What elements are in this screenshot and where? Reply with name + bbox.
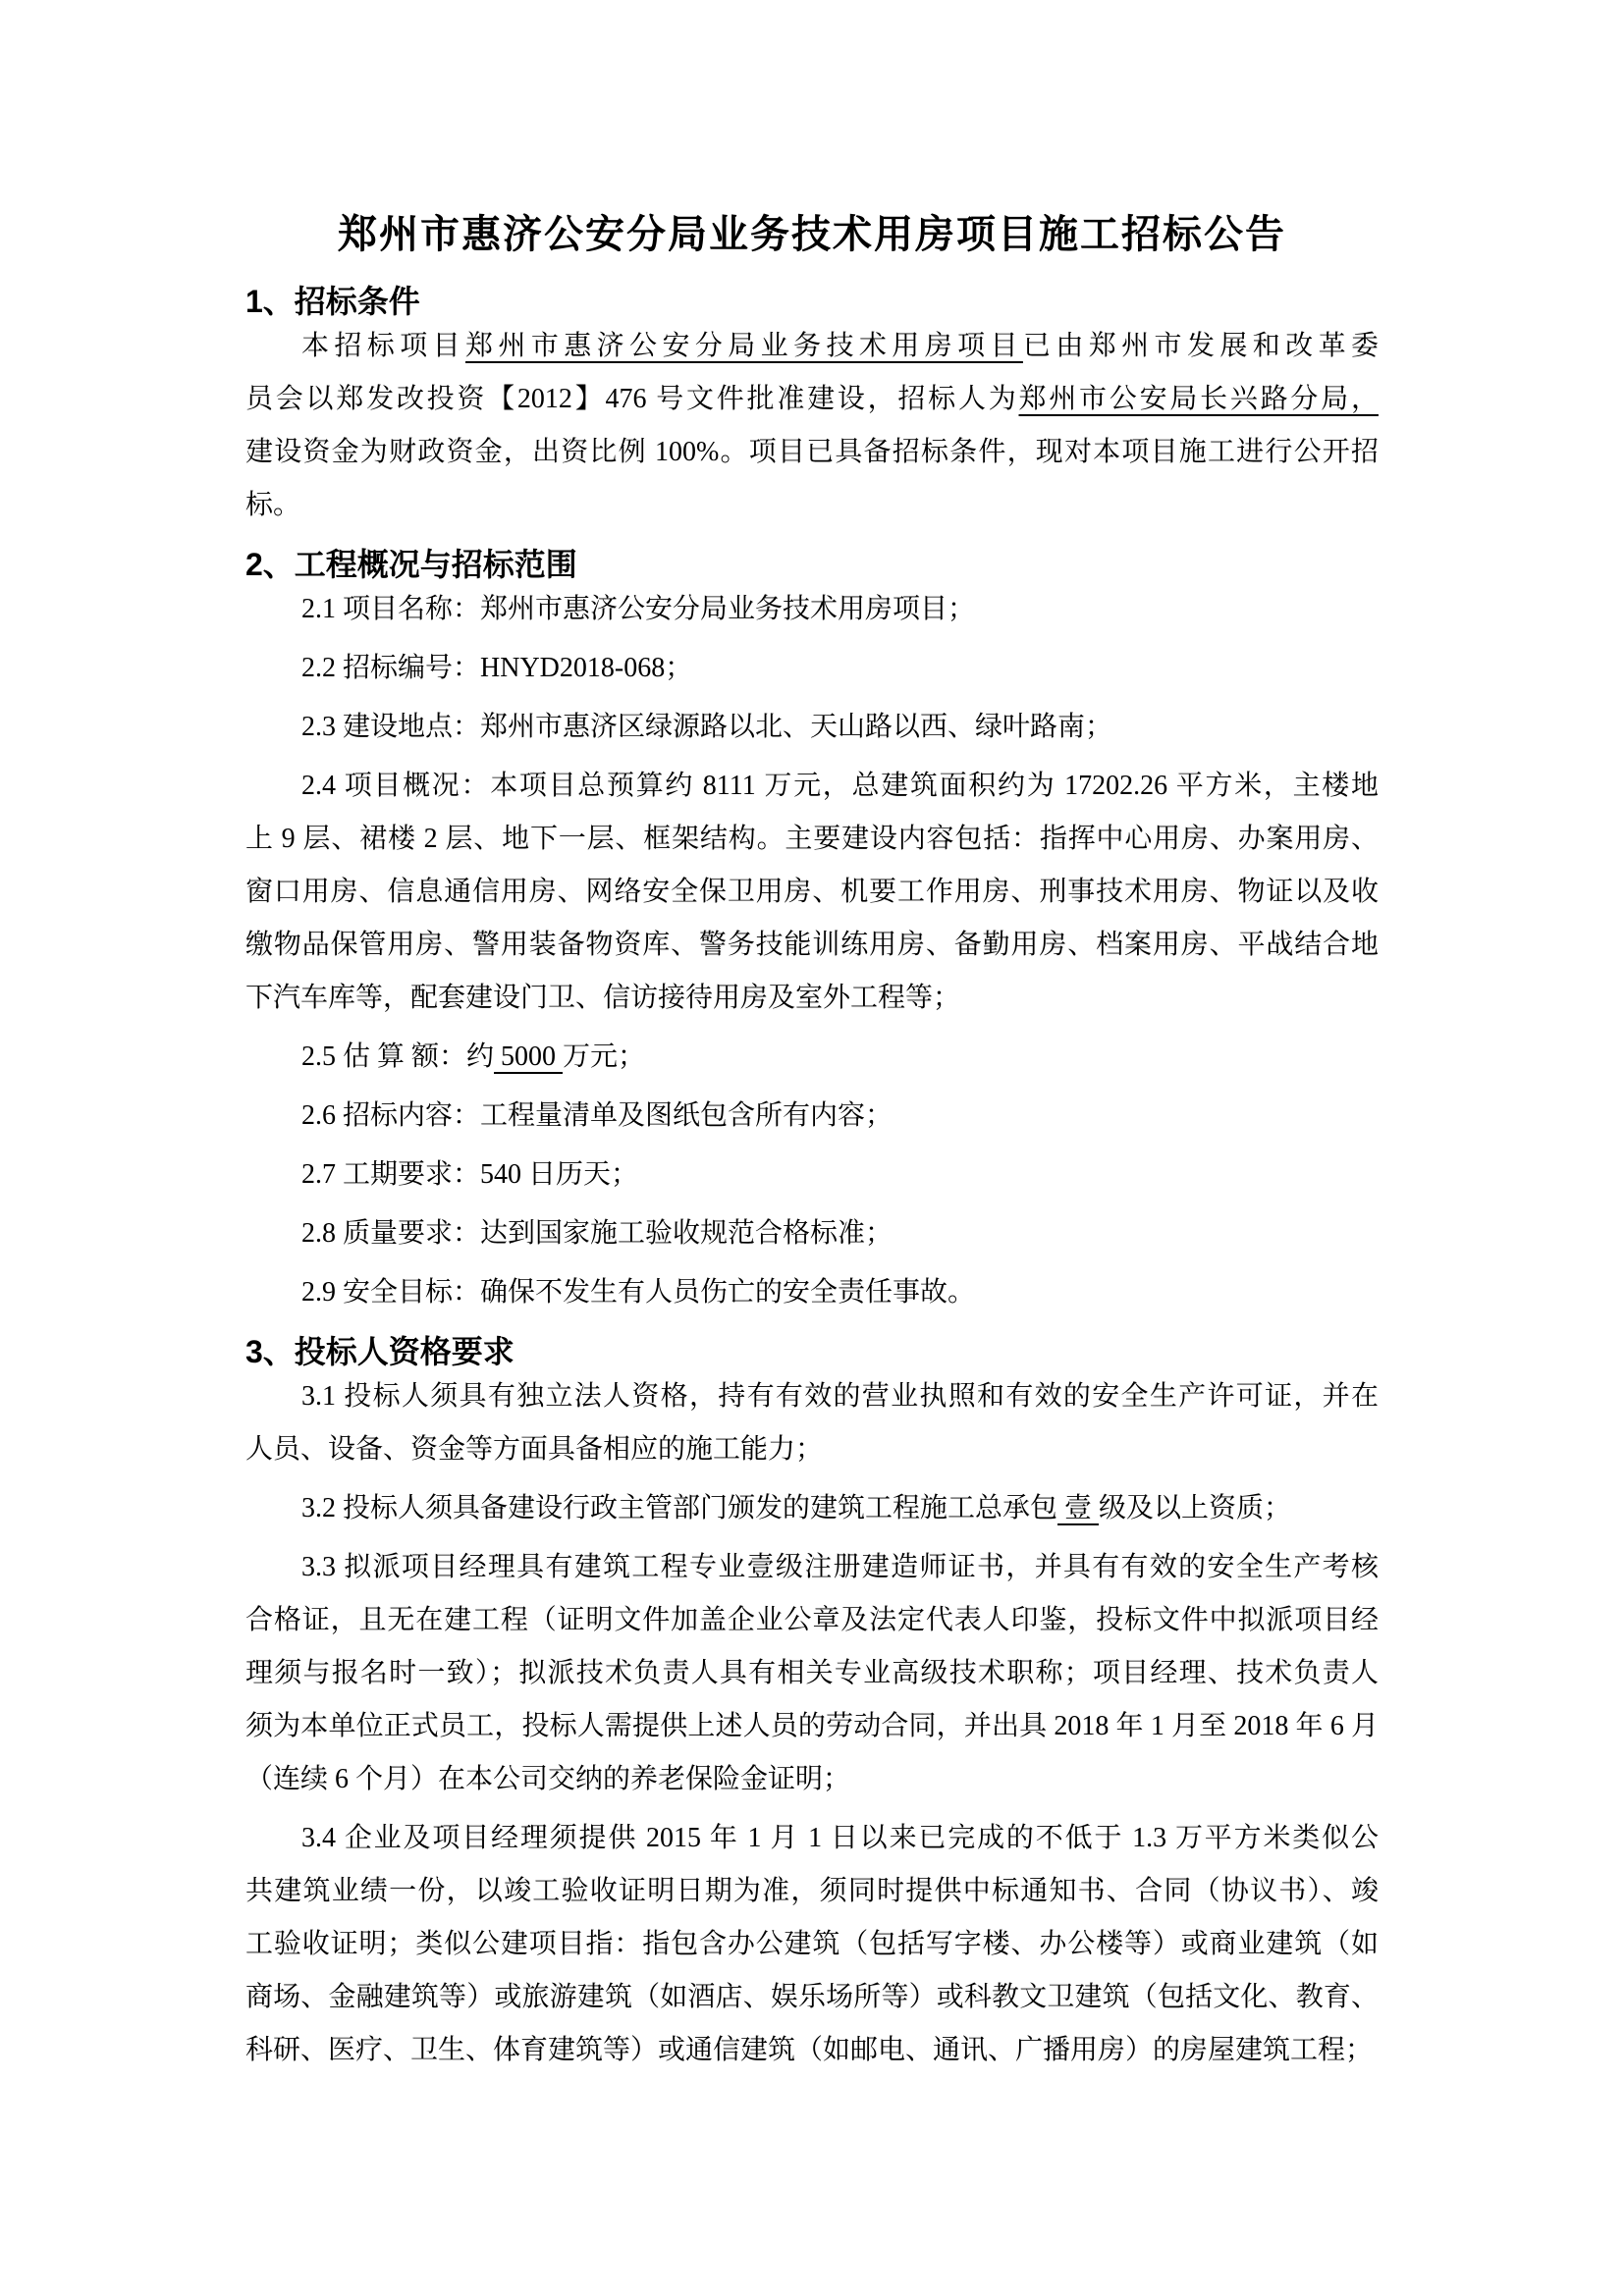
underlined-tenderee-name: 郑州市公安局长兴路分局， [1019,384,1379,414]
bid-item-3-4: 3.4 企业及项目经理须提供 2015 年 1 月 1 日以来已完成的不低于 1… [245,1812,1379,2077]
underlined-qualification-grade: 壹 [1057,1493,1099,1523]
paragraph-line: 缴物品保管用房、警用装备物资库、警务技能训练用房、备勤用房、档案用房、平战结合地 [245,919,1379,972]
paragraph-line: 建设资金为财政资金，出资比例 100%。项目已具备招标条件，现对本项目施工进行公… [245,426,1379,479]
section-1-paragraph: 本招标项目郑州市惠济公安分局业务技术用房项目已由郑州市发展和改革委 员会以郑发改… [245,320,1379,532]
bid-item-3-3: 3.3 拟派项目经理具有建筑工程专业壹级注册建造师证书，并具有有效的安全生产考核… [245,1541,1379,1806]
bid-item-2-1: 2.1 项目名称：郑州市惠济公安分局业务技术用房项目； [245,583,1379,636]
bid-item-2-2: 2.2 招标编号：HNYD2018-068； [245,642,1379,695]
bid-item-3-2: 3.2 投标人须具备建设行政主管部门颁发的建筑工程施工总承包 壹 级及以上资质； [245,1482,1379,1535]
paragraph-line: 商场、金融建筑等）或旅游建筑（如酒店、娱乐场所等）或科教文卫建筑（包括文化、教育… [245,1971,1379,2024]
paragraph-line: 下汽车库等，配套建设门卫、信访接待用房及室外工程等； [245,972,1379,1025]
paragraph-line: 共建筑业绩一份，以竣工验收证明日期为准，须同时提供中标通知书、合同（协议书）、竣 [245,1865,1379,1918]
paragraph-line: 3.4 企业及项目经理须提供 2015 年 1 月 1 日以来已完成的不低于 1… [245,1812,1379,1865]
paragraph-line: 工验收证明；类似公建项目指：指包含办公建筑（包括写字楼、办公楼等）或商业建筑（如 [245,1918,1379,1971]
paragraph-line: 3.1 投标人须具有独立法人资格，持有有效的营业执照和有效的安全生产许可证，并在 [245,1370,1379,1423]
document-title: 郑州市惠济公安分局业务技术用房项目施工招标公告 [245,208,1379,261]
paragraph-line: 合格证，且无在建工程（证明文件加盖企业公章及法定代表人印鉴，投标文件中拟派项目经 [245,1594,1379,1647]
bid-item-2-9: 2.9 安全目标：确保不发生有人员伤亡的安全责任事故。 [245,1266,1379,1319]
bid-item-3-1: 3.1 投标人须具有独立法人资格，持有有效的营业执照和有效的安全生产许可证，并在… [245,1370,1379,1476]
paragraph-line: 上 9 层、裙楼 2 层、地下一层、框架结构。主要建设内容包括：指挥中心用房、办… [245,813,1379,866]
text-segment: 本招标项目 [301,331,465,361]
paragraph-line: 科研、医疗、卫生、体育建筑等）或通信建筑（如邮电、通讯、广播用房）的房屋建筑工程… [245,2024,1379,2077]
document-page: 郑州市惠济公安分局业务技术用房项目施工招标公告 1、招标条件 本招标项目郑州市惠… [0,0,1624,2296]
text-segment: 3.2 投标人须具备建设行政主管部门颁发的建筑工程施工总承包 [301,1493,1057,1523]
bid-item-2-6: 2.6 招标内容：工程量清单及图纸包含所有内容； [245,1090,1379,1143]
bid-item-2-4: 2.4 项目概况：本项目总预算约 8111 万元，总建筑面积约为 17202.2… [245,760,1379,1025]
paragraph-line: 理须与报名时一致）；拟派技术负责人具有相关专业高级技术职称；项目经理、技术负责人 [245,1647,1379,1700]
paragraph-line: 本招标项目郑州市惠济公安分局业务技术用房项目已由郑州市发展和改革委 [245,320,1379,373]
paragraph-line: 标。 [245,479,1379,532]
paragraph-line: （连续 6 个月）在本公司交纳的养老保险金证明； [245,1753,1379,1806]
paragraph-line: 须为本单位正式员工，投标人需提供上述人员的劳动合同，并出具 2018 年 1 月… [245,1700,1379,1753]
bid-item-2-8: 2.8 质量要求：达到国家施工验收规范合格标准； [245,1207,1379,1260]
paragraph-line: 2.4 项目概况：本项目总预算约 8111 万元，总建筑面积约为 17202.2… [245,760,1379,813]
underlined-estimate-amount: 5000 [494,1041,563,1072]
text-segment: 2.5 估 算 额：约 [301,1041,494,1072]
text-segment: 员会以郑发改投资【2012】476 号文件批准建设，招标人为 [245,384,1019,414]
bid-item-2-3: 2.3 建设地点：郑州市惠济区绿源路以北、天山路以西、绿叶路南； [245,701,1379,754]
underlined-project-name: 郑州市惠济公安分局业务技术用房项目 [465,331,1023,361]
paragraph-line: 员会以郑发改投资【2012】476 号文件批准建设，招标人为郑州市公安局长兴路分… [245,373,1379,426]
bid-item-2-7: 2.7 工期要求：540 日历天； [245,1148,1379,1201]
text-segment: 级及以上资质； [1099,1493,1291,1523]
text-segment: 万元； [563,1041,645,1072]
text-segment: 已由郑州市发展和改革委 [1023,331,1379,361]
bid-item-2-5: 2.5 估 算 额：约 5000 万元； [245,1031,1379,1084]
paragraph-line: 窗口用房、信息通信用房、网络安全保卫用房、机要工作用房、刑事技术用房、物证以及收 [245,866,1379,919]
paragraph-line: 3.3 拟派项目经理具有建筑工程专业壹级注册建造师证书，并具有有效的安全生产考核 [245,1541,1379,1594]
paragraph-line: 人员、设备、资金等方面具备相应的施工能力； [245,1423,1379,1476]
